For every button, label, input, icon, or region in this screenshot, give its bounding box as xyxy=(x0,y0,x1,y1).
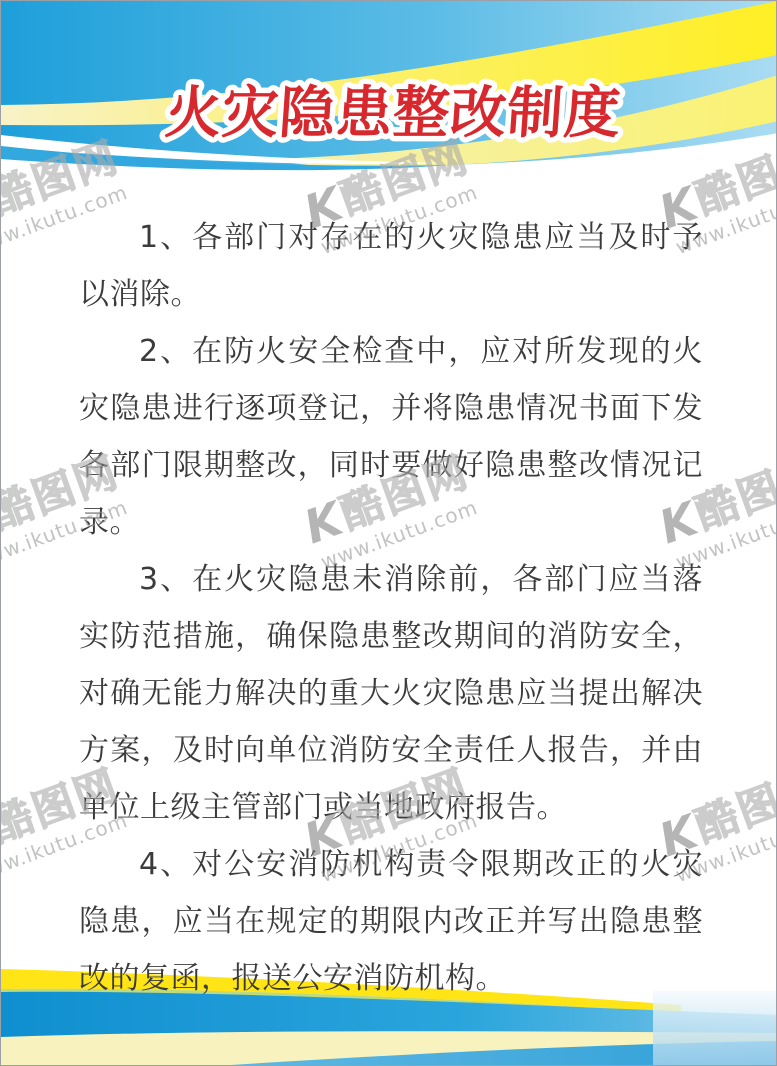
title-banner: 火灾隐患整改制度 xyxy=(1,1,777,173)
watermark-brand: 酷图网 xyxy=(690,764,777,849)
poster-page: 火灾隐患整改制度 1、各部门对存在的火灾隐患应当及时予以消除。 2、在防火安全检… xyxy=(0,0,777,1066)
rule-paragraph-1: 1、各部门对存在的火灾隐患应当及时予以消除。 xyxy=(79,209,703,323)
rule-paragraph-4: 4、对公安消防机构责令限期改正的火灾隐患，应当在规定的期限内改正并写出隐患整改的… xyxy=(79,836,703,1007)
page-title: 火灾隐患整改制度 xyxy=(163,81,623,146)
rules-text-block: 1、各部门对存在的火灾隐患应当及时予以消除。 2、在防火安全检查中，应对所发现的… xyxy=(79,209,703,1007)
rule-paragraph-2: 2、在防火安全检查中，应对所发现的火灾隐患进行逐项登记，并将隐患情况书面下发各部… xyxy=(79,323,703,551)
watermark-brand: 酷图网 xyxy=(690,451,777,536)
rule-paragraph-3: 3、在火灾隐患未消除前，各部门应当落实防范措施，确保隐患整改期间的消防安全，对确… xyxy=(79,551,703,836)
